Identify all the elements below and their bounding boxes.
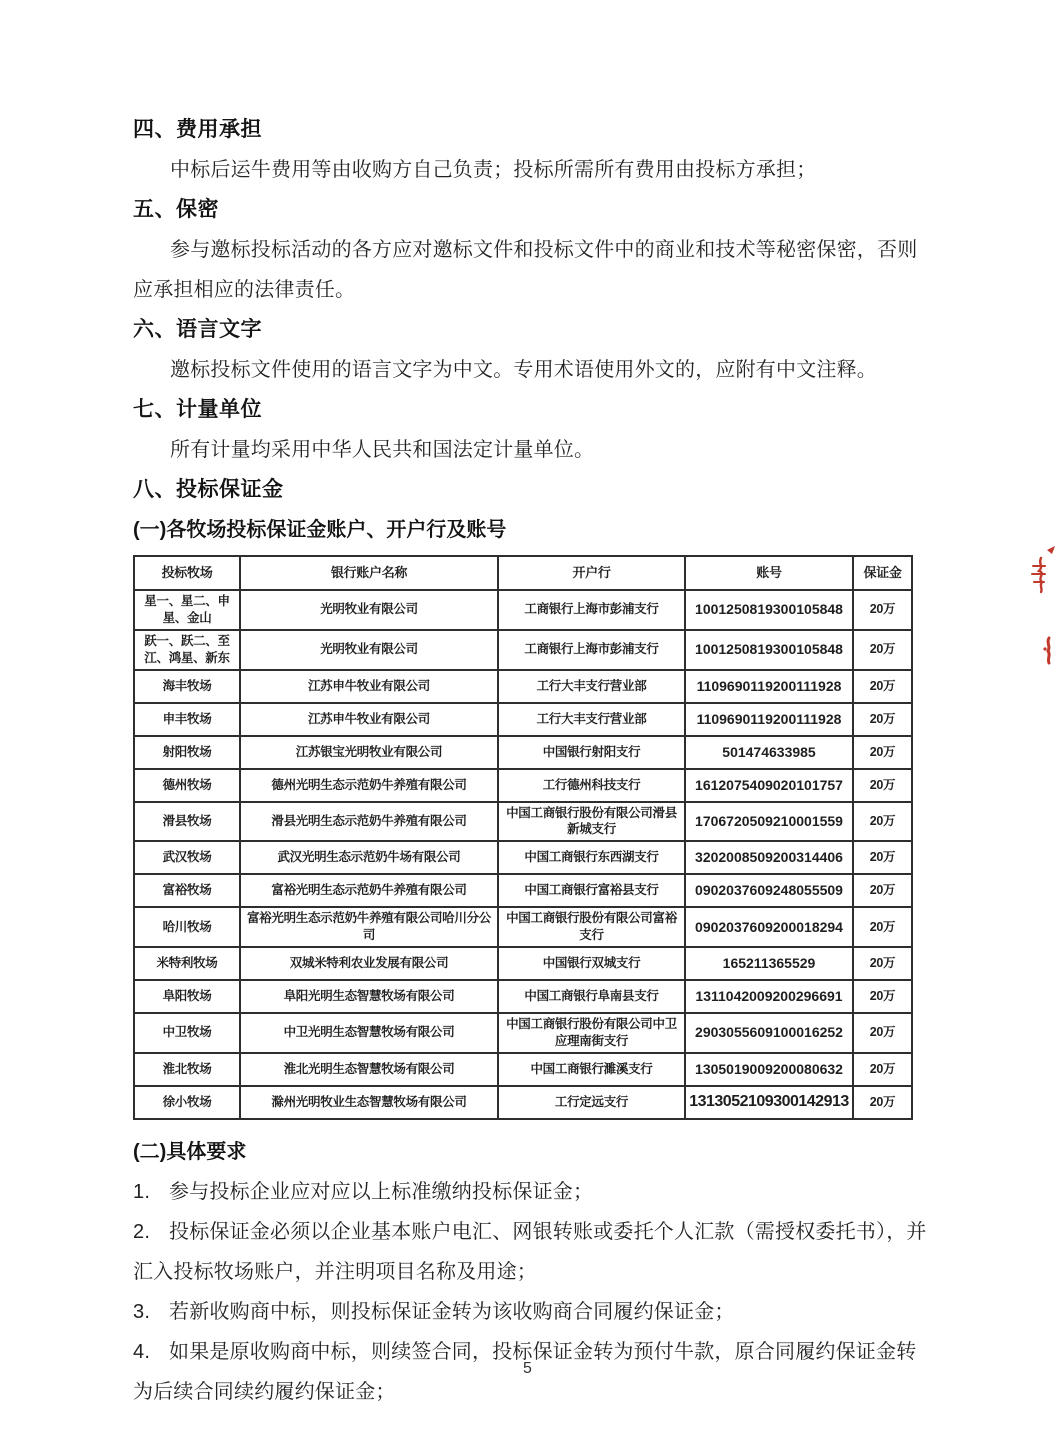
table-row: 滑县牧场滑县光明生态示范奶牛养殖有限公司中国工商银行股份有限公司滑县新城支行17… — [134, 802, 912, 842]
farm-cell: 海丰牧场 — [134, 670, 240, 703]
account-number-cell: 165211365529 — [685, 947, 853, 980]
account-number-cell: 3202008509200314406 — [685, 841, 853, 874]
red-annotation-mark-icon — [1028, 544, 1055, 607]
section-heading-bid-deposit: 八、投标保证金 — [133, 470, 933, 510]
column-header-account-number: 账号 — [685, 556, 853, 590]
farm-cell: 星一、星二、申星、金山 — [134, 590, 240, 630]
table-row: 星一、星二、申星、金山光明牧业有限公司工商银行上海市彭浦支行1001250819… — [134, 590, 912, 630]
deposit-cell: 20万 — [853, 802, 912, 842]
bank-cell: 中国银行射阳支行 — [498, 736, 685, 769]
account-number-cell: 2903055609100016252 — [685, 1013, 853, 1053]
bank-cell: 工行大丰支行营业部 — [498, 703, 685, 736]
requirement-item-3: 3.若新收购商中标，则投标保证金转为该收购商合同履约保证金； — [133, 1292, 933, 1332]
deposit-cell: 20万 — [853, 670, 912, 703]
account-number-cell: 1109690119200111928 — [685, 670, 853, 703]
account-number-cell: 0902037609248055509 — [685, 874, 853, 907]
requirement-text: 投标保证金必须以企业基本账户电汇、网银转账或委托个人汇款（需授权委托书），并汇入… — [133, 1221, 927, 1283]
column-header-account-name: 银行账户名称 — [240, 556, 498, 590]
account-name-cell: 江苏银宝光明牧业有限公司 — [240, 736, 498, 769]
deposit-account-table: 投标牧场 银行账户名称 开户行 账号 保证金 星一、星二、申星、金山光明牧业有限… — [133, 555, 913, 1120]
column-header-bank: 开户行 — [498, 556, 685, 590]
section-heading-fee: 四、费用承担 — [133, 110, 933, 150]
table-header-row: 投标牧场 银行账户名称 开户行 账号 保证金 — [134, 556, 912, 590]
farm-cell: 武汉牧场 — [134, 841, 240, 874]
deposit-cell: 20万 — [853, 590, 912, 630]
farm-cell: 跃一、跃二、至江、鸿星、新东 — [134, 630, 240, 670]
farm-cell: 射阳牧场 — [134, 736, 240, 769]
bank-cell: 工行定远支行 — [498, 1086, 685, 1119]
table-row: 武汉牧场武汉光明生态示范奶牛场有限公司中国工商银行东西湖支行3202008509… — [134, 841, 912, 874]
requirement-number: 1. — [133, 1172, 169, 1212]
subsection-heading-requirements: (二)具体要求 — [133, 1132, 933, 1172]
requirement-item-2: 2.投标保证金必须以企业基本账户电汇、网银转账或委托个人汇款（需授权委托书），并… — [133, 1212, 933, 1292]
table-row: 哈川牧场富裕光明生态示范奶牛养殖有限公司哈川分公司中国工商银行股份有限公司富裕支… — [134, 907, 912, 947]
deposit-cell: 20万 — [853, 736, 912, 769]
bank-cell: 工行大丰支行营业部 — [498, 670, 685, 703]
account-name-cell: 阜阳光明生态智慧牧场有限公司 — [240, 980, 498, 1013]
farm-cell: 淮北牧场 — [134, 1053, 240, 1086]
table-row: 跃一、跃二、至江、鸿星、新东光明牧业有限公司工商银行上海市彭浦支行1001250… — [134, 630, 912, 670]
account-number-cell: 501474633985 — [685, 736, 853, 769]
deposit-cell: 20万 — [853, 630, 912, 670]
bank-cell: 中国工商银行阜南县支行 — [498, 980, 685, 1013]
requirement-number: 2. — [133, 1212, 169, 1252]
farm-cell: 徐小牧场 — [134, 1086, 240, 1119]
table-head: 投标牧场 银行账户名称 开户行 账号 保证金 — [134, 556, 912, 590]
account-number-cell: 1305019009200080632 — [685, 1053, 853, 1086]
account-number-cell: 1001250819300105848 — [685, 590, 853, 630]
section-heading-language: 六、语言文字 — [133, 310, 933, 350]
bank-cell: 中国工商银行濉溪支行 — [498, 1053, 685, 1086]
section-heading-confidentiality: 五、保密 — [133, 190, 933, 230]
account-name-cell: 富裕光明生态示范奶牛养殖有限公司 — [240, 874, 498, 907]
table-row: 米特利牧场双城米特利农业发展有限公司中国银行双城支行16521136552920… — [134, 947, 912, 980]
deposit-cell: 20万 — [853, 841, 912, 874]
bank-cell: 中国工商银行股份有限公司滑县新城支行 — [498, 802, 685, 842]
table-row: 富裕牧场富裕光明生态示范奶牛养殖有限公司中国工商银行富裕县支行090203760… — [134, 874, 912, 907]
document-page: 四、费用承担 中标后运牛费用等由收购方自己负责；投标所需所有费用由投标方承担； … — [0, 0, 1055, 1450]
section-paragraph-confidentiality: 参与邀标投标活动的各方应对邀标文件和投标文件中的商业和技术等秘密保密，否则应承担… — [133, 230, 933, 310]
account-name-cell: 光明牧业有限公司 — [240, 630, 498, 670]
account-number-cell: 1313052109300142913 — [685, 1086, 853, 1119]
table-row: 德州牧场德州光明生态示范奶牛养殖有限公司工行德州科技支行161207540902… — [134, 769, 912, 802]
requirement-number: 3. — [133, 1292, 169, 1332]
section-paragraph-units: 所有计量均采用中华人民共和国法定计量单位。 — [133, 430, 933, 470]
document-content: 四、费用承担 中标后运牛费用等由收购方自己负责；投标所需所有费用由投标方承担； … — [133, 110, 933, 1412]
farm-cell: 中卫牧场 — [134, 1013, 240, 1053]
farm-cell: 申丰牧场 — [134, 703, 240, 736]
account-number-cell: 1109690119200111928 — [685, 703, 853, 736]
account-number-cell: 1311042009200296691 — [685, 980, 853, 1013]
column-header-deposit: 保证金 — [853, 556, 912, 590]
subsection-heading-accounts: (一)各牧场投标保证金账户、开户行及账号 — [133, 510, 933, 550]
account-name-cell: 富裕光明生态示范奶牛养殖有限公司哈川分公司 — [240, 907, 498, 947]
account-name-cell: 武汉光明生态示范奶牛场有限公司 — [240, 841, 498, 874]
table-row: 中卫牧场中卫光明生态智慧牧场有限公司中国工商银行股份有限公司中卫应理南街支行29… — [134, 1013, 912, 1053]
account-name-cell: 光明牧业有限公司 — [240, 590, 498, 630]
farm-cell: 阜阳牧场 — [134, 980, 240, 1013]
account-name-cell: 中卫光明生态智慧牧场有限公司 — [240, 1013, 498, 1053]
section-paragraph-fee: 中标后运牛费用等由收购方自己负责；投标所需所有费用由投标方承担； — [133, 150, 933, 190]
requirement-text: 参与投标企业应对应以上标准缴纳投标保证金； — [169, 1181, 593, 1203]
bank-cell: 中国工商银行股份有限公司中卫应理南街支行 — [498, 1013, 685, 1053]
table-row: 海丰牧场江苏申牛牧业有限公司工行大丰支行营业部11096901192001119… — [134, 670, 912, 703]
deposit-cell: 20万 — [853, 1086, 912, 1119]
bank-cell: 工商银行上海市彭浦支行 — [498, 590, 685, 630]
farm-cell: 米特利牧场 — [134, 947, 240, 980]
account-name-cell: 江苏申牛牧业有限公司 — [240, 703, 498, 736]
account-name-cell: 江苏申牛牧业有限公司 — [240, 670, 498, 703]
column-header-farm: 投标牧场 — [134, 556, 240, 590]
red-annotation-mark-small-icon — [1040, 636, 1055, 671]
deposit-cell: 20万 — [853, 947, 912, 980]
bank-cell: 工商银行上海市彭浦支行 — [498, 630, 685, 670]
table-row: 淮北牧场淮北光明生态智慧牧场有限公司中国工商银行濉溪支行130501900920… — [134, 1053, 912, 1086]
deposit-cell: 20万 — [853, 1013, 912, 1053]
table-row: 射阳牧场江苏银宝光明牧业有限公司中国银行射阳支行50147463398520万 — [134, 736, 912, 769]
deposit-cell: 20万 — [853, 874, 912, 907]
account-number-cell: 1001250819300105848 — [685, 630, 853, 670]
bank-cell: 中国银行双城支行 — [498, 947, 685, 980]
account-number-cell: 1706720509210001559 — [685, 802, 853, 842]
deposit-cell: 20万 — [853, 769, 912, 802]
account-name-cell: 德州光明生态示范奶牛养殖有限公司 — [240, 769, 498, 802]
table-row: 徐小牧场滁州光明牧业生态智慧牧场有限公司工行定远支行13130521093001… — [134, 1086, 912, 1119]
account-name-cell: 双城米特利农业发展有限公司 — [240, 947, 498, 980]
section-paragraph-language: 邀标投标文件使用的语言文字为中文。专用术语使用外文的，应附有中文注释。 — [133, 350, 933, 390]
bank-cell: 中国工商银行富裕县支行 — [498, 874, 685, 907]
requirement-item-1: 1.参与投标企业应对应以上标准缴纳投标保证金； — [133, 1172, 933, 1212]
farm-cell: 滑县牧场 — [134, 802, 240, 842]
bank-cell: 工行德州科技支行 — [498, 769, 685, 802]
account-name-cell: 滁州光明牧业生态智慧牧场有限公司 — [240, 1086, 498, 1119]
bank-cell: 中国工商银行股份有限公司富裕支行 — [498, 907, 685, 947]
deposit-cell: 20万 — [853, 907, 912, 947]
account-number-cell: 1612075409020101757 — [685, 769, 853, 802]
requirement-text: 若新收购商中标，则投标保证金转为该收购商合同履约保证金； — [169, 1301, 735, 1323]
account-number-cell: 0902037609200018294 — [685, 907, 853, 947]
deposit-cell: 20万 — [853, 703, 912, 736]
account-name-cell: 淮北光明生态智慧牧场有限公司 — [240, 1053, 498, 1086]
section-heading-units: 七、计量单位 — [133, 390, 933, 430]
table-row: 阜阳牧场阜阳光明生态智慧牧场有限公司中国工商银行阜南县支行13110420092… — [134, 980, 912, 1013]
deposit-table-body: 星一、星二、申星、金山光明牧业有限公司工商银行上海市彭浦支行1001250819… — [134, 590, 912, 1119]
table-row: 申丰牧场江苏申牛牧业有限公司工行大丰支行营业部11096901192001119… — [134, 703, 912, 736]
farm-cell: 德州牧场 — [134, 769, 240, 802]
farm-cell: 哈川牧场 — [134, 907, 240, 947]
bank-cell: 中国工商银行东西湖支行 — [498, 841, 685, 874]
page-number: 5 — [0, 1360, 1055, 1378]
deposit-cell: 20万 — [853, 1053, 912, 1086]
deposit-cell: 20万 — [853, 980, 912, 1013]
account-name-cell: 滑县光明生态示范奶牛养殖有限公司 — [240, 802, 498, 842]
farm-cell: 富裕牧场 — [134, 874, 240, 907]
